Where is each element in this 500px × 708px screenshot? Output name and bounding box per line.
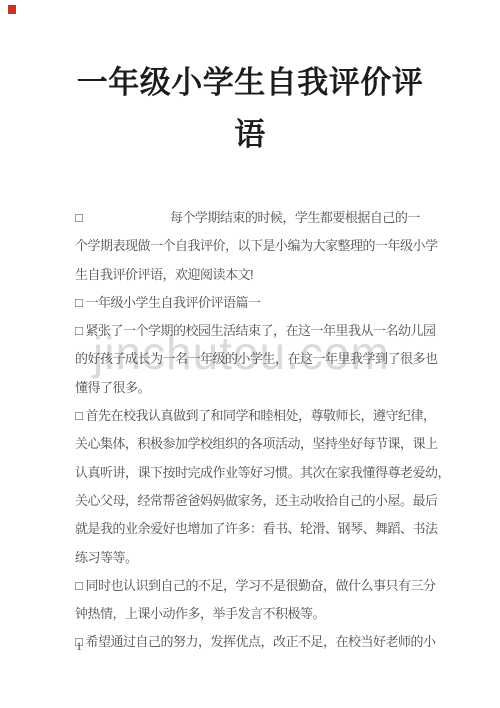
document-page: 一年级小学生自我评价评 语 jinchutou.com □ 每个学期结束的时候，…: [0, 0, 500, 708]
paragraph-hopes: □ 希望通过自己的努力，发挥优点，改正不足，在校当好老师的小: [75, 628, 485, 656]
document-title: 一年级小学生自我评价评 语: [0, 57, 500, 161]
red-corner-mark: [8, 5, 16, 14]
paragraph-school-and-home: □ 首先在校我认真做到了和同学和睦相处，尊敬师长，遵守纪律， 关心集体，积极参加…: [75, 402, 485, 572]
paragraph-intro: □ 每个学期结束的时候，学生都要根据自己的一 个学期表现做一个自我评价，以下是小…: [75, 204, 485, 289]
page-number: 1: [76, 639, 82, 654]
paragraph-section-heading: □ 一年级小学生自我评价评语篇一: [75, 289, 485, 317]
paragraph-shortcomings: □ 同时也认识到自己的不足，学习不是很勤奋，做什么事只有三分 钟热情，上课小动作…: [75, 572, 485, 629]
document-body: □ 每个学期结束的时候，学生都要根据自己的一 个学期表现做一个自我评价，以下是小…: [75, 204, 485, 657]
paragraph-growth: □ 紧张了一个学期的校园生活结束了，在这一年里我从一名幼儿园 的好孩子成长为一名…: [75, 317, 485, 402]
